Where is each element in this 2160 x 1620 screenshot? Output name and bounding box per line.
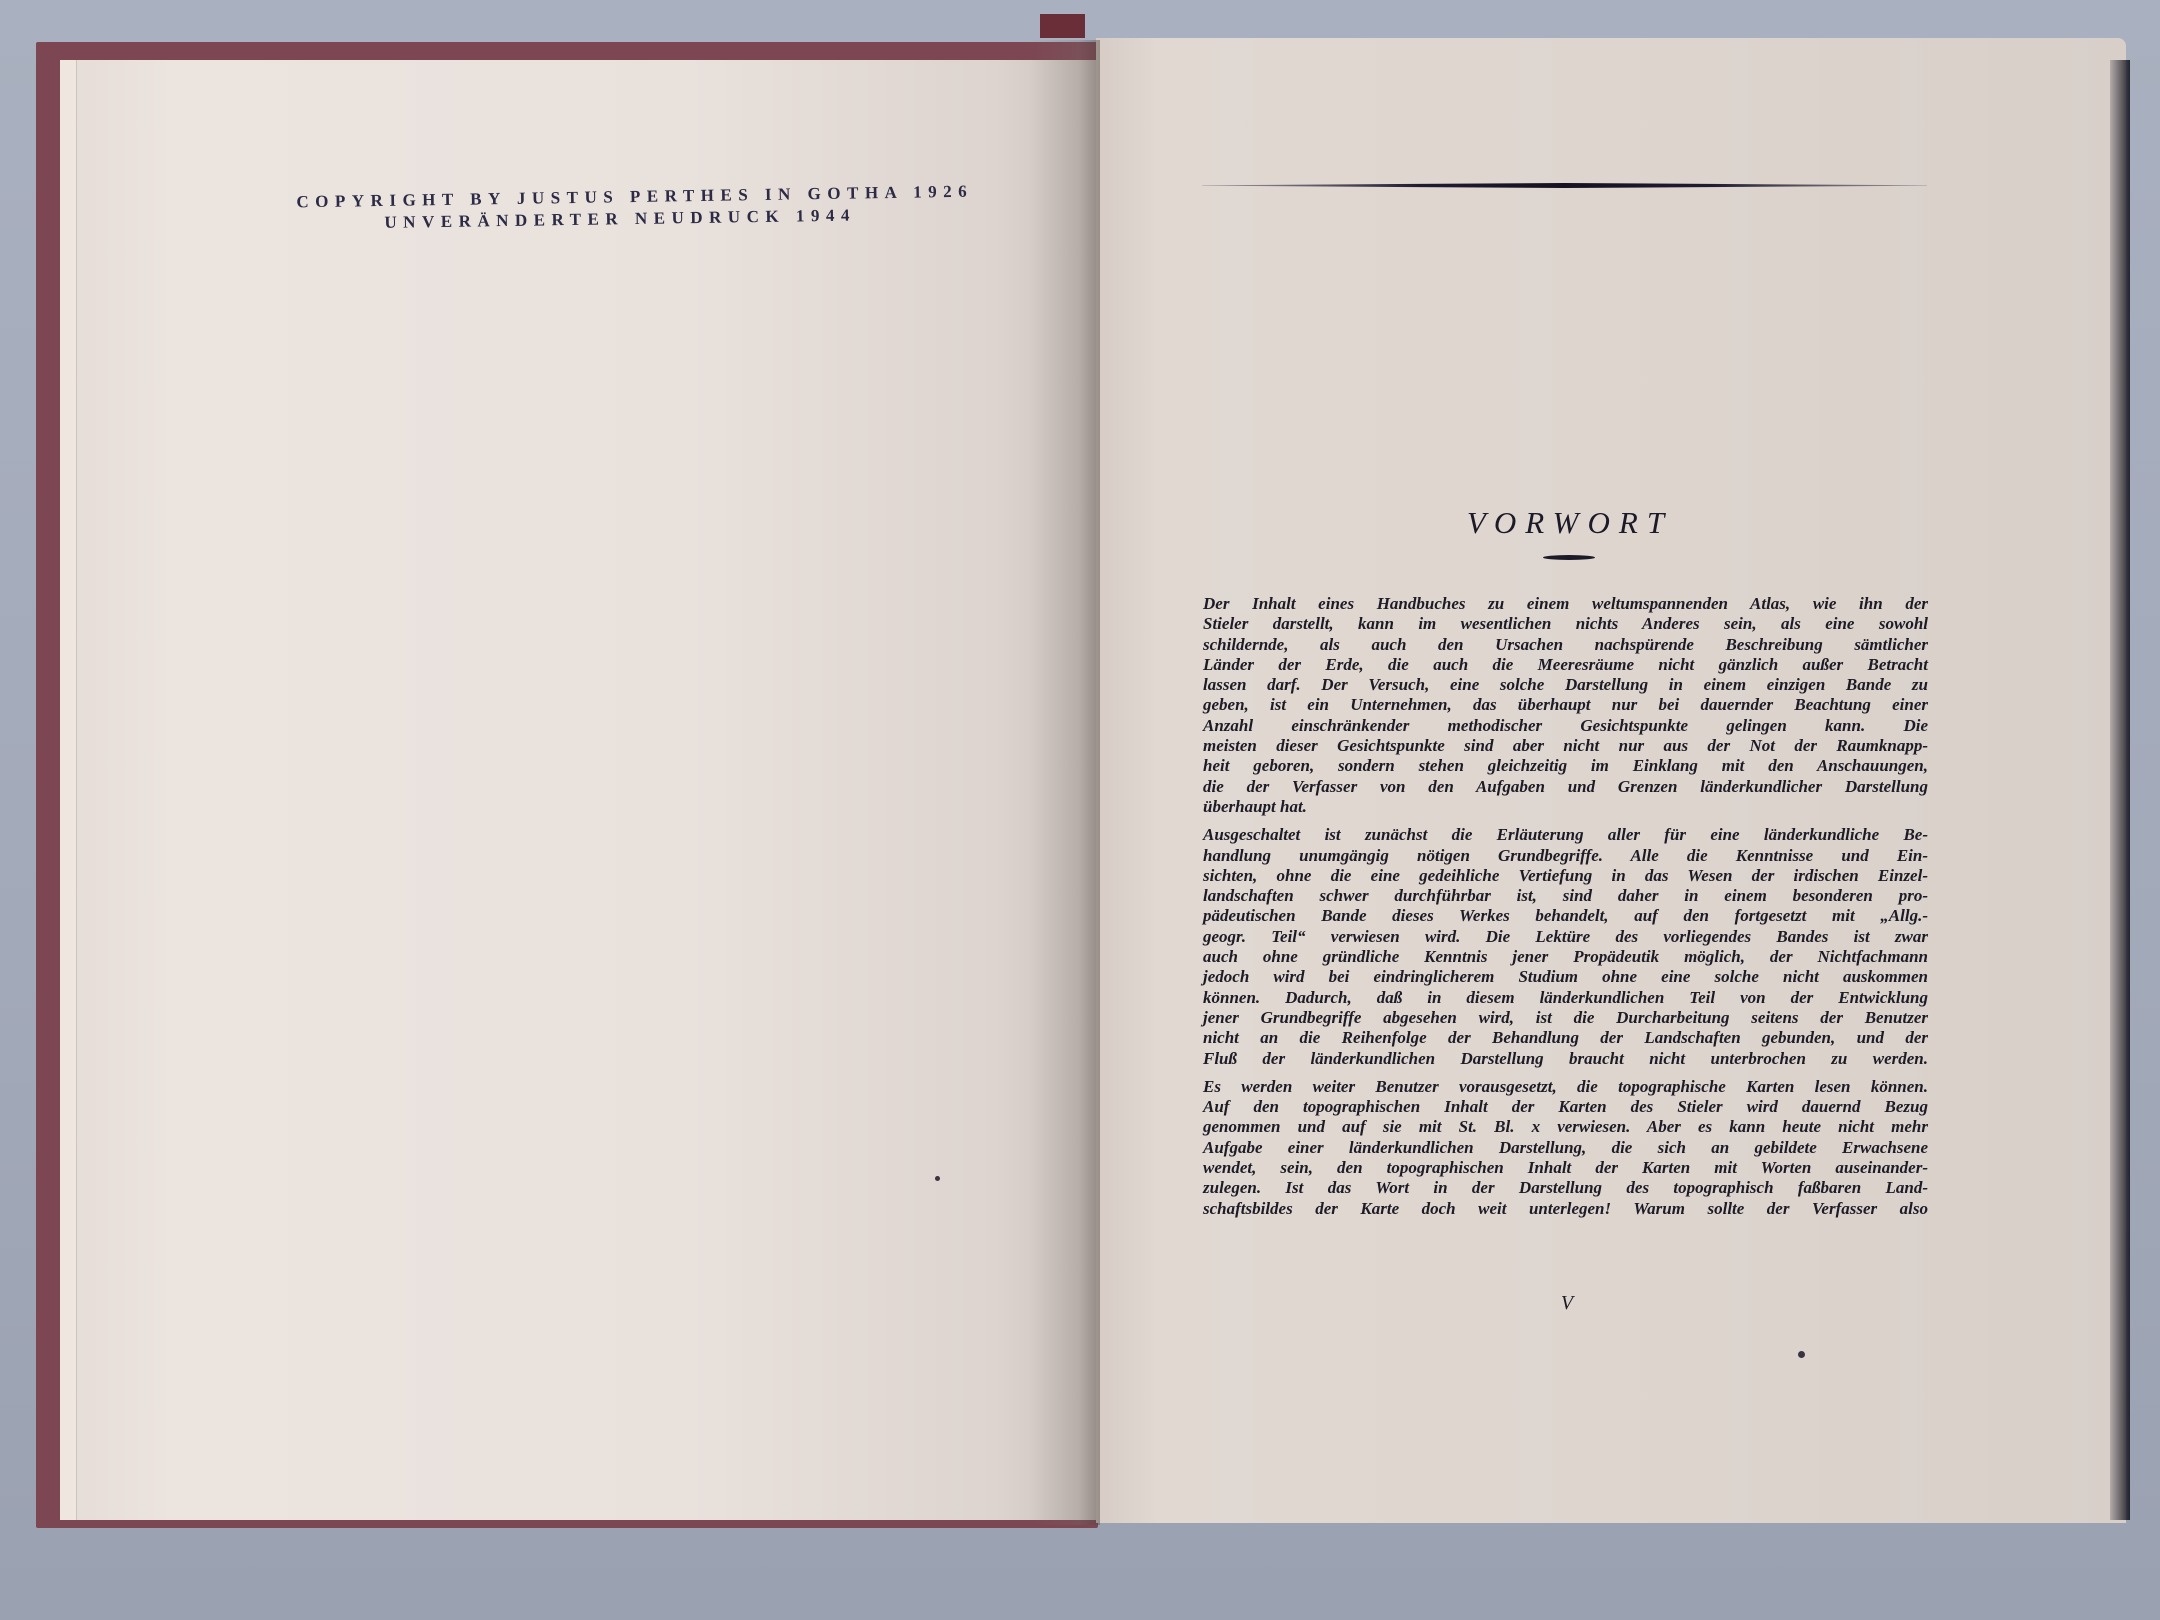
text-line: jener Grundbegriffe abgesehen wird, ist … (1203, 1008, 1928, 1028)
preface-text: Der Inhalt eines Handbuches zu einem wel… (1203, 594, 1928, 1227)
paragraph-3: Es werden weiter Benutzer vorausgesetzt,… (1203, 1077, 1928, 1219)
text-line: geogr. Teil“ verwiesen wird. Die Lektüre… (1203, 927, 1928, 947)
text-line: Stieler darstellt, kann im wesentlichen … (1203, 614, 1928, 634)
text-line: auch ohne gründliche Kenntnis jener Prop… (1203, 947, 1928, 967)
text-line: genommen und auf sie mit St. Bl. x verwi… (1203, 1117, 1928, 1137)
paper-speck (935, 1176, 940, 1181)
text-line: Auf den topographischen Inhalt der Karte… (1203, 1097, 1928, 1117)
gutter-shadow (1030, 40, 1100, 1525)
paragraph-2: Ausgeschaltet ist zunächst die Erläuteru… (1203, 825, 1928, 1069)
book-cover-corner (1040, 14, 1085, 38)
left-page (72, 60, 1098, 1520)
text-line: heit geboren, sondern stehen gleichzeiti… (1203, 756, 1928, 776)
text-line: Fluß der länderkundlichen Darstellung br… (1203, 1049, 1928, 1069)
text-line: Länder der Erde, die auch die Meeresräum… (1203, 655, 1928, 675)
text-line: jedoch wird bei eindringlicherem Studium… (1203, 967, 1928, 987)
page-title: VORWORT (1200, 505, 1940, 541)
text-line: geben, ist ein Unternehmen, das überhaup… (1203, 695, 1928, 715)
page-number: V (1552, 1292, 1582, 1315)
text-line: nicht an die Reihenfolge der Behandlung … (1203, 1028, 1928, 1048)
text-line: lassen darf. Der Versuch, eine solche Da… (1203, 675, 1928, 695)
text-line: Der Inhalt eines Handbuches zu einem wel… (1203, 594, 1928, 614)
text-line: Ausgeschaltet ist zunächst die Erläuteru… (1203, 825, 1928, 845)
paragraph-1: Der Inhalt eines Handbuches zu einem wel… (1203, 594, 1928, 817)
book-photo: COPYRIGHT BY JUSTUS PERTHES IN GOTHA 192… (0, 0, 2160, 1620)
text-line: wendet, sein, den topographischen Inhalt… (1203, 1158, 1928, 1178)
text-line: schildernde, als auch den Ursachen nachs… (1203, 635, 1928, 655)
text-line: handlung unumgängig nötigen Grundbegriff… (1203, 846, 1928, 866)
text-line: Anzahl einschränkender methodischer Gesi… (1203, 716, 1928, 736)
paper-speck (1798, 1351, 1805, 1358)
text-line: landschaften schwer durchführbar ist, si… (1203, 886, 1928, 906)
text-line: sichten, ohne die eine gedeihliche Verti… (1203, 866, 1928, 886)
text-line: können. Dadurch, daß in diesem länderkun… (1203, 988, 1928, 1008)
page-shadow (2110, 60, 2130, 1520)
text-line: zulegen. Ist das Wort in der Darstellung… (1203, 1178, 1928, 1198)
text-line: überhaupt hat. (1203, 797, 1928, 817)
text-line: Es werden weiter Benutzer vorausgesetzt,… (1203, 1077, 1928, 1097)
text-line: schaftsbildes der Karte doch weit unterl… (1203, 1199, 1928, 1219)
text-line: Aufgabe einer länderkundlichen Darstellu… (1203, 1138, 1928, 1158)
text-line: meisten dieser Gesichtspunkte sind aber … (1203, 736, 1928, 756)
left-page-edge (60, 60, 77, 1520)
text-line: pädeutischen Bande dieses Werkes behande… (1203, 906, 1928, 926)
title-ornament (1543, 555, 1595, 560)
text-line: die der Verfasser von den Aufgaben und G… (1203, 777, 1928, 797)
